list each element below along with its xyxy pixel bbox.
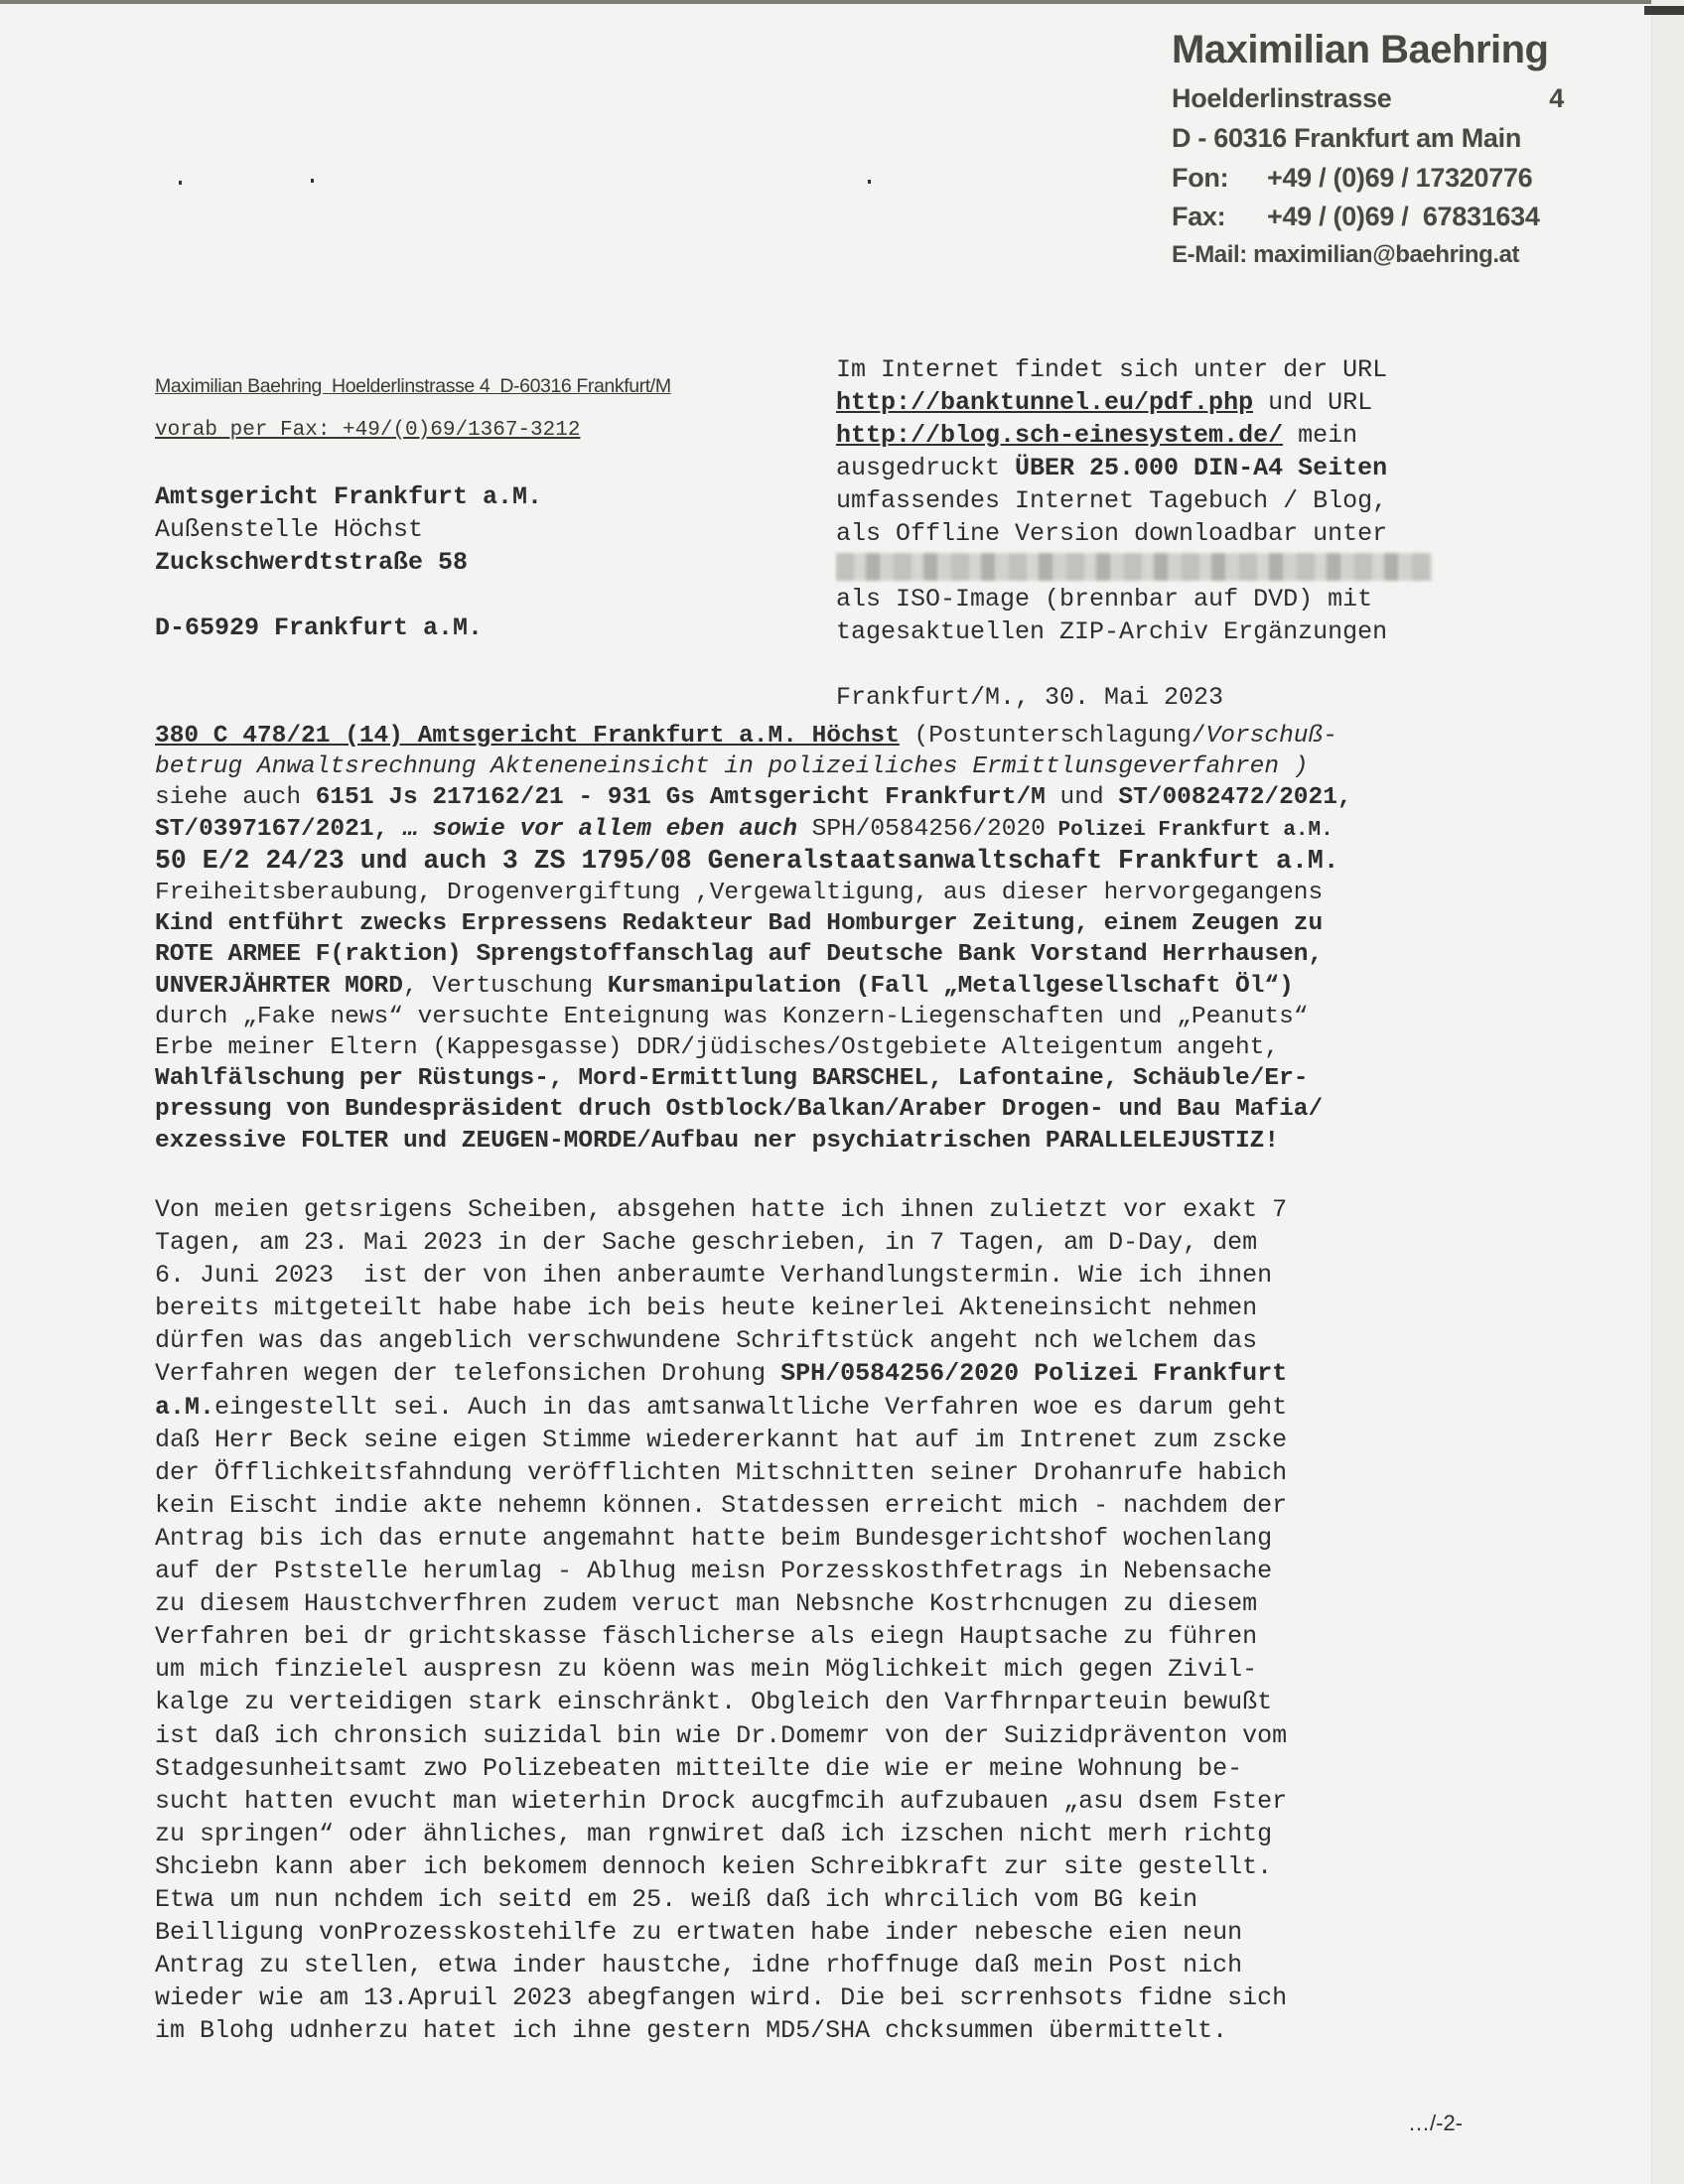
fax-ahead-line: vorab per Fax: +49/(0)69/1367-3212 bbox=[155, 419, 580, 442]
scan-edge-corner bbox=[1644, 6, 1684, 15]
recipient-city: D-65929 Frankfurt a.M. bbox=[155, 612, 483, 644]
body-line: Stadgesunheitsamt zwo Polizebeaten mitte… bbox=[155, 1754, 1242, 1783]
blog-info-text: als Offline Version downloadbar unter bbox=[836, 519, 1387, 548]
body-line: kein Eischt indie akte nehemn können. St… bbox=[155, 1491, 1287, 1520]
body-line: Von meien getsrigens Scheiben, absgehen … bbox=[155, 1195, 1287, 1224]
subject-text: ROTE ARMEE F(raktion) Sprengstoffanschla… bbox=[155, 941, 1323, 968]
letterhead-email: E-Mail: maximilian@baehring.at bbox=[1172, 241, 1519, 269]
subject-text: Vorschuß- bbox=[1206, 723, 1337, 750]
phone-label: Fon: bbox=[1172, 163, 1267, 194]
letterhead-street-name: Hoelderlinstrasse bbox=[1172, 83, 1549, 114]
blog-link[interactable]: http://blog.sch-einesystem.de/ bbox=[836, 421, 1283, 450]
scan-speck bbox=[868, 180, 871, 184]
letterhead-street: Hoelderlinstrasse 4 bbox=[1172, 83, 1564, 114]
subject-text: UNVERJÄHRTER MORD bbox=[155, 973, 403, 1000]
letterhead-phone: Fon: +49 / (0)69 / 17320776 bbox=[1172, 163, 1564, 194]
fax-number: +49 / (0)69 / 67831634 bbox=[1267, 202, 1540, 232]
body-line: bereits mitgeteilt habe habe ich beis he… bbox=[155, 1294, 1257, 1322]
body-line: eingestellt sei. Auch in das amtsanwaltl… bbox=[214, 1393, 1287, 1422]
blog-info-text: als ISO-Image (brennbar auf DVD) mit bbox=[836, 585, 1372, 614]
case-reference: a.M. bbox=[155, 1393, 214, 1422]
body-line: 6. Juni 2023 ist der von ihen anberaumte… bbox=[155, 1261, 1272, 1290]
subject-text: exzessive FOLTER und ZEUGEN-MORDE/Aufbau… bbox=[155, 1128, 1279, 1155]
body-line: sucht hatten evucht man wieterhin Drock … bbox=[155, 1787, 1287, 1816]
redacted-download-url bbox=[836, 553, 1432, 581]
body-line: Beilligung vonProzesskostehilfe zu ertwa… bbox=[155, 1918, 1242, 1947]
blog-info-text: ausgedruckt bbox=[836, 454, 1015, 482]
scan-edge-right bbox=[1651, 0, 1684, 2184]
page-count-highlight: ÜBER 25.000 DIN-A4 Seiten bbox=[1015, 454, 1387, 482]
body-line: Etwa um nun nchdem ich seitd em 25. weiß… bbox=[155, 1885, 1197, 1914]
subject-text: siehe auch bbox=[155, 784, 316, 811]
recipient-street: Zuckschwerdtstraße 58 bbox=[155, 546, 468, 579]
sender-return-address: Maximilian Baehring Hoelderlinstrasse 4 … bbox=[155, 375, 671, 398]
case-reference: 6151 Js 217162/21 - 931 Gs Amtsgericht F… bbox=[316, 784, 1046, 811]
subject-text: Polizei Frankfurt a.M. bbox=[1046, 819, 1333, 842]
banktunnel-link[interactable]: http://banktunnel.eu/pdf.php bbox=[836, 388, 1253, 417]
subject-text: Erbe meiner Eltern (Kappesgasse) DDR/jüd… bbox=[155, 1034, 1279, 1061]
subject-text: und bbox=[1046, 784, 1119, 811]
body-line: im Blohg udnherzu hatet ich ihne gestern… bbox=[155, 2016, 1227, 2045]
blog-info-line: Im Internet findet sich unter der URL bbox=[836, 355, 1387, 384]
subject-text: Wahlfälschung per Rüstungs-, Mord-Ermitt… bbox=[155, 1065, 1309, 1092]
scan-speck bbox=[311, 179, 314, 183]
subject-block: 380 C 478/21 (14) Amtsgericht Frankfurt … bbox=[155, 721, 1545, 1157]
blog-info-text: mein bbox=[1283, 421, 1357, 450]
letterhead-name: Maximilian Baehring bbox=[1172, 28, 1548, 72]
body-line: ist daß ich chronsich suizidal bin wie D… bbox=[155, 1721, 1287, 1750]
body-line: daß Herr Beck seine eigen Stimme wiedere… bbox=[155, 1426, 1287, 1454]
body-line: auf der Pststelle herumlag - Ablhug meis… bbox=[155, 1557, 1272, 1585]
body-line: Shciebn kann aber ich bekomem dennoch ke… bbox=[155, 1852, 1272, 1881]
scan-edge-top bbox=[0, 0, 1684, 4]
body-line: um mich finzielel auspresn zu köenn was … bbox=[155, 1655, 1257, 1684]
body-line: wieder wie am 13.Apruil 2023 abegfangen … bbox=[155, 1983, 1287, 2012]
subject-text: , Vertuschung bbox=[403, 973, 608, 1000]
phone-number: +49 / (0)69 / 17320776 bbox=[1267, 163, 1532, 194]
subject-text: betrug Anwaltsrechnung Akteneneinsicht i… bbox=[155, 753, 1309, 780]
body-line: zu springen“ oder ähnliches, man rgnwire… bbox=[155, 1820, 1272, 1848]
letterhead-city: D - 60316 Frankfurt am Main bbox=[1172, 123, 1521, 154]
subject-text: Freiheitsberaubung, Drogenvergiftung ,Ve… bbox=[155, 880, 1323, 906]
body-line: Verfahren bei dr grichtskasse fäschliche… bbox=[155, 1622, 1257, 1651]
case-reference: ST/0397167/2021, bbox=[155, 816, 388, 843]
letter-body: Von meien getsrigens Scheiben, absgehen … bbox=[155, 1193, 1545, 2047]
subject-text: Kind entführt zwecks Erpressens Redakteu… bbox=[155, 910, 1323, 937]
subject-text: durch „Fake news“ versuchte Enteignung w… bbox=[155, 1004, 1309, 1030]
case-reference: SPH/0584256/2020 bbox=[797, 816, 1046, 843]
body-line: Antrag bis ich das ernute angemahnt hatt… bbox=[155, 1524, 1272, 1553]
case-reference: SPH/0584256/2020 Polizei Frankfurt bbox=[780, 1359, 1287, 1388]
page-continuation-marker: …/-2- bbox=[1408, 2111, 1463, 2136]
case-reference: 380 C 478/21 (14) Amtsgericht Frankfurt … bbox=[155, 723, 900, 750]
fax-label: Fax: bbox=[1172, 202, 1267, 232]
recipient-branch: Außenstelle Höchst bbox=[155, 513, 423, 546]
case-reference: 50 E/2 24/23 und auch 3 ZS 1795/08 Gener… bbox=[155, 846, 1339, 876]
subject-text: (Postunterschlagung/ bbox=[900, 723, 1206, 750]
letterhead-fax: Fax: +49 / (0)69 / 67831634 bbox=[1172, 202, 1564, 232]
blog-info-text: tagesaktuellen ZIP-Archiv Ergänzungen bbox=[836, 617, 1387, 646]
body-line: der Öfflichkeitsfahndung veröfflichten M… bbox=[155, 1458, 1287, 1487]
recipient-name: Amtsgericht Frankfurt a.M. bbox=[155, 480, 542, 513]
body-line: kalge zu verteidigen stark einschränkt. … bbox=[155, 1688, 1272, 1716]
blog-info-block: Im Internet findet sich unter der URL ht… bbox=[836, 353, 1491, 714]
body-line: dürfen was das angeblich verschwundene S… bbox=[155, 1326, 1257, 1355]
blog-info-text: und URL bbox=[1253, 388, 1372, 417]
subject-text: … sowie vor allem eben auch bbox=[388, 816, 797, 843]
case-reference: ST/0082472/2021, bbox=[1118, 784, 1351, 811]
subject-text: pressung von Bundespräsident druch Ostbl… bbox=[155, 1096, 1323, 1123]
letter-date: Frankfurt/M., 30. Mai 2023 bbox=[836, 683, 1223, 712]
subject-text: Kursmanipulation (Fall „Metallgesellscha… bbox=[608, 973, 1294, 1000]
body-line: Tagen, am 23. Mai 2023 in der Sache gesc… bbox=[155, 1228, 1257, 1257]
body-line: zu diesem Haustchverfhren zudem veruct m… bbox=[155, 1589, 1257, 1618]
scan-speck bbox=[179, 181, 182, 185]
body-line: Verfahren wegen der telefonsichen Drohun… bbox=[155, 1359, 780, 1388]
letterhead-house-number: 4 bbox=[1549, 83, 1564, 114]
body-line: Antrag zu stellen, etwa inder haustche, … bbox=[155, 1951, 1242, 1979]
blog-info-text: umfassendes Internet Tagebuch / Blog, bbox=[836, 486, 1387, 515]
